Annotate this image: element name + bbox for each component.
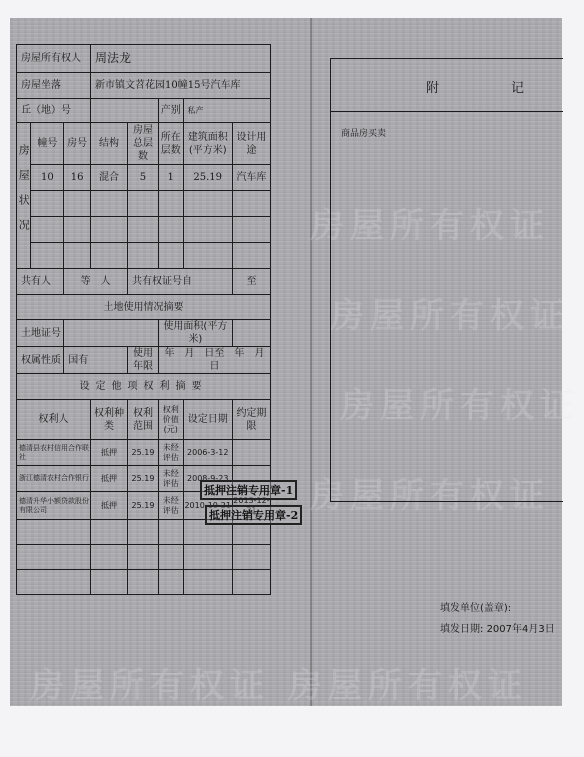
col-room-no: 房号 (64, 123, 91, 165)
land-area-label: 使用面积(平方米) (158, 320, 232, 347)
rights-row: 德清县农村信用合作联社 抵押 25.19 未经评估 2006-3-12 (17, 440, 271, 466)
land-nature-value: 国有 (64, 347, 128, 374)
issuer-label: 填发单位(盖章): (440, 598, 555, 619)
col-floor-area: 建筑面积(平方米) (183, 123, 232, 165)
page-fold-line (310, 18, 312, 706)
co-cert-label: 共有权证号自 (128, 269, 233, 295)
land-term-value: 年 月 日至 年 月 日 (158, 347, 270, 374)
annex-title-right: 记 (511, 77, 524, 96)
col-usage: 设计用途 (232, 123, 270, 165)
owner-value: 周法龙 (91, 45, 271, 73)
land-cert-value (64, 320, 159, 347)
cancellation-stamp: 抵押注销专用章-2 (205, 505, 302, 525)
land-term-label: 使用年限 (128, 347, 159, 374)
owner-label: 房屋所有权人 (17, 45, 91, 73)
house-row (17, 217, 271, 243)
annex-header: 附 记 (331, 59, 563, 112)
land-area-value (232, 320, 270, 347)
issue-date-value: 2007年4月3日 (487, 624, 555, 635)
col-building-no: 幢号 (31, 123, 64, 165)
house-row: 10 16 混合 5 1 25.19 汽车库 (17, 165, 271, 191)
co-owner-count: 等 人 (64, 269, 128, 295)
co-owner-label: 共有人 (17, 269, 64, 295)
lot-label: 丘（地）号 (17, 99, 91, 123)
col-floor: 所在层数 (158, 123, 183, 165)
land-nature-label: 权属性质 (17, 347, 64, 374)
issue-date: 填发日期: 2007年4月3日 (440, 619, 555, 640)
rights-row (17, 545, 271, 570)
issuer-block: 填发单位(盖章): 填发日期: 2007年4月3日 (440, 598, 555, 640)
col-right-scope: 权利范围 (128, 400, 159, 440)
col-right-holder: 权利人 (17, 400, 91, 440)
lot-value (91, 99, 159, 123)
col-right-value: 权利价值(元) (158, 400, 183, 440)
col-set-date: 设定日期 (183, 400, 232, 440)
house-row (17, 191, 271, 217)
annex-box: 附 记 商品房买卖 (330, 58, 563, 502)
land-section-title: 土地使用情况摘要 (17, 295, 271, 320)
property-type-value: 私产 (183, 99, 270, 123)
annex-content: 商品房买卖 (331, 112, 563, 139)
house-row (17, 243, 271, 269)
col-agreed-term: 约定期限 (232, 400, 270, 440)
annex-title-left: 附 (426, 77, 439, 96)
location-value: 新市镇文苕花园10幢15号汽车库 (91, 73, 271, 99)
col-structure: 结构 (91, 123, 128, 165)
house-status-label: 房屋状况 (17, 123, 31, 269)
col-right-type: 权利种类 (91, 400, 128, 440)
location-label: 房屋坐落 (17, 73, 91, 99)
property-type-label: 产别 (158, 99, 183, 123)
cancellation-stamp: 抵押注销专用章-1 (200, 480, 297, 500)
land-cert-label: 土地证号 (17, 320, 64, 347)
rights-section-title: 设定他项权利摘要 (17, 374, 271, 400)
co-cert-to: 至 (232, 269, 270, 295)
col-total-floors: 房屋总层数 (128, 123, 159, 165)
watermark: 房屋所有权证 房屋所有权证 (30, 658, 528, 707)
rights-row (17, 570, 271, 595)
